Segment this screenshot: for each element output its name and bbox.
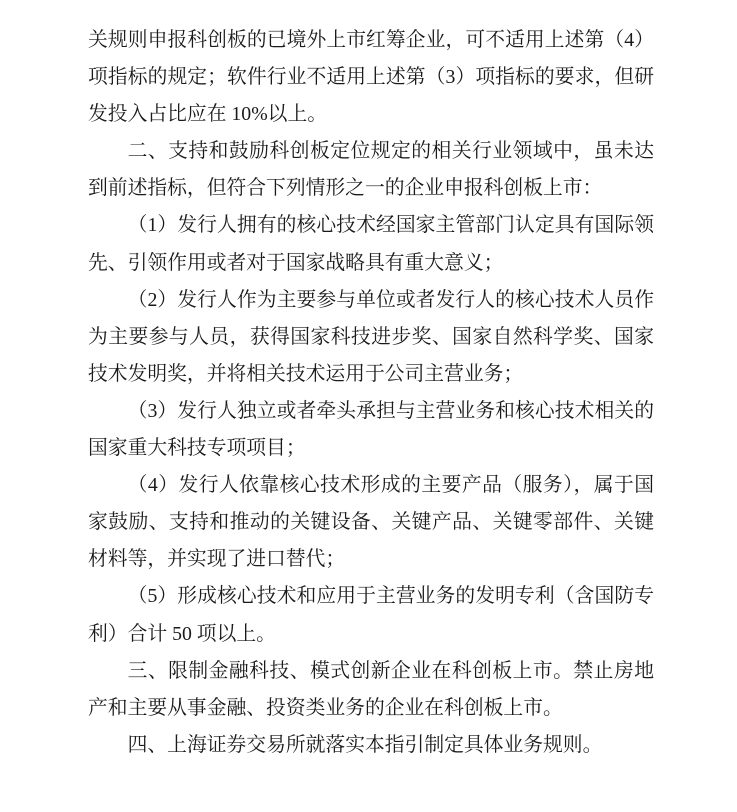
document-body: 关规则申报科创板的已境外上市红筹企业，可不适用上述第（4）项指标的规定；软件行业… <box>88 22 654 764</box>
paragraph-4: （2）发行人作为主要参与单位或者发行人的核心技术人员作为主要参与人员，获得国家科… <box>88 282 654 393</box>
paragraph-8: 三、限制金融科技、模式创新企业在科创板上市。禁止房地产和主要从事金融、投资类业务… <box>88 653 654 727</box>
paragraph-7: （5）形成核心技术和应用于主营业务的发明专利（含国防专利）合计 50 项以上。 <box>88 578 654 652</box>
paragraph-6: （4）发行人依靠核心技术形成的主要产品（服务），属于国家鼓励、支持和推动的关键设… <box>88 467 654 578</box>
paragraph-5: （3）发行人独立或者牵头承担与主营业务和核心技术相关的国家重大科技专项项目； <box>88 393 654 467</box>
document-page: 关规则申报科创板的已境外上市红筹企业，可不适用上述第（4）项指标的规定；软件行业… <box>0 0 737 812</box>
paragraph-2: 二、支持和鼓励科创板定位规定的相关行业领域中，虽未达到前述指标，但符合下列情形之… <box>88 133 654 207</box>
paragraph-3: （1）发行人拥有的核心技术经国家主管部门认定具有国际领先、引领作用或者对于国家战… <box>88 207 654 281</box>
paragraph-1: 关规则申报科创板的已境外上市红筹企业，可不适用上述第（4）项指标的规定；软件行业… <box>88 22 654 133</box>
paragraph-9: 四、上海证券交易所就落实本指引制定具体业务规则。 <box>88 727 654 764</box>
